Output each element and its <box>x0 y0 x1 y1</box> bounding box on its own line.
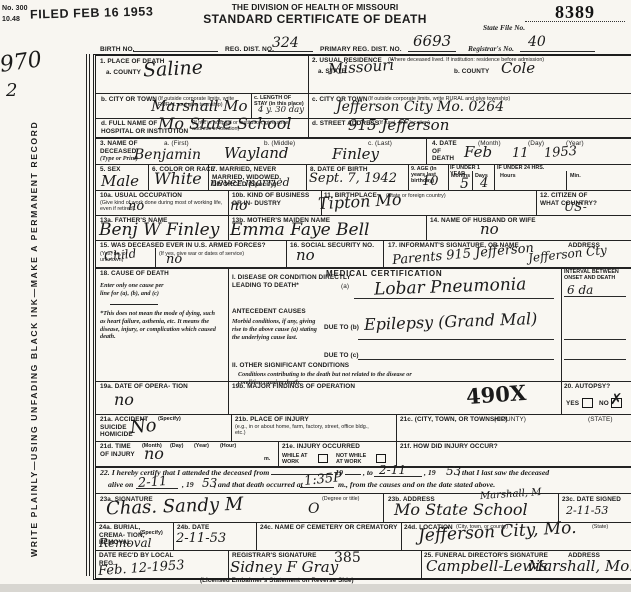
field-interval-label: INTERVAL BETWEEN ONSET AND DEATH <box>564 269 626 281</box>
race-value: White <box>154 171 202 187</box>
autopsy-yes-label: YES <box>566 400 579 408</box>
divider-line <box>383 240 384 267</box>
field-injury-time-label: 21d. TIME OF INJURY <box>100 443 136 458</box>
certificate-form: 1. PLACE OF DEATH a. COUNTY Saline b. CI… <box>93 54 631 580</box>
divider-line <box>494 164 495 190</box>
field-autopsy-label: 20. AUTOPSY? <box>564 383 610 391</box>
field-cause-label: 18. CAUSE OF DEATH <box>100 270 169 278</box>
cert-text-9: m., from the causes and on the date stat… <box>338 480 495 489</box>
operation-date-value: no <box>114 392 134 408</box>
margin-handwritten-number-2: 2 <box>6 82 17 100</box>
divider-line <box>231 414 232 441</box>
registrar-no-line <box>520 51 595 52</box>
field-dod-label: 4. DATE OF DEATH <box>432 140 464 163</box>
divider-line <box>96 93 631 94</box>
state-value: Missouri <box>328 58 395 78</box>
cause-b-line <box>358 339 554 340</box>
divider-line <box>228 215 229 240</box>
state-file-label: State File No. <box>483 23 525 32</box>
birth-no-label: BIRTH NO. <box>100 46 135 54</box>
cert-to-line <box>374 476 422 477</box>
field-time-year: (Year) <box>194 443 209 449</box>
divider-line <box>396 414 397 466</box>
primary-reg-label: PRIMARY REG. DIST. NO. <box>320 46 402 54</box>
cert-to-value: 2-11 <box>379 464 406 476</box>
divider-line <box>566 171 567 190</box>
cert-text-8: , and that death occurred at <box>214 480 303 489</box>
divider-line <box>96 215 631 216</box>
field-accident-specify: (Specify) <box>158 416 181 422</box>
field-injury-state-label: (STATE) <box>588 416 613 424</box>
divider-line <box>426 215 427 240</box>
county-value: Saline <box>143 58 204 80</box>
reg-dist-value: 324 <box>272 36 299 50</box>
field-location-state: (State) <box>592 524 608 530</box>
antecedent-note: Morbid conditions, if any, giving rise t… <box>232 318 320 341</box>
funeral-director-address: Marshall, Mo. <box>528 559 631 574</box>
cause-c-line <box>358 359 554 360</box>
institution-value: Mo State School <box>158 116 292 132</box>
field-min-label: Min. <box>570 173 581 179</box>
state-file-number: 8389 <box>555 2 595 23</box>
field-type-print: (Type or Print) <box>100 155 138 163</box>
burial-date-value: 2-11-53 <box>176 532 226 545</box>
field-antecedent-label: ANTECEDENT CAUSES <box>232 308 306 316</box>
spouse-value: no <box>480 222 499 237</box>
divider-line <box>96 493 631 494</box>
sig-address-value: Mo State School <box>394 502 528 518</box>
forces-value-1: Child <box>103 247 136 262</box>
burial-value: Removal <box>99 537 152 549</box>
dob-value: Sept. 7, 1942 <box>309 172 397 185</box>
dod-year-value: 1953 <box>544 145 578 160</box>
field-other-conditions-label: II. OTHER SIGNIFICANT CONDITIONS <box>232 362 349 370</box>
middle-name-value: Wayland <box>224 146 289 161</box>
certificate-title: STANDARD CERTIFICATE OF DEATH <box>160 12 470 26</box>
findings-value: 490X <box>465 382 526 407</box>
divider-line <box>228 267 229 414</box>
field-while-at-work-label: WHILE AT WORK <box>282 453 316 465</box>
injury-time-value: no <box>144 446 164 462</box>
street-value: 915 Jefferson <box>348 118 449 133</box>
first-name-value: Benjamin <box>134 148 201 162</box>
divider-line <box>96 414 631 415</box>
field-injury-place-sub: (e.g., in or about home, farm, factory, … <box>235 424 375 436</box>
field-injury-place-label: 21b. PLACE OF INJURY <box>235 416 315 424</box>
certificate-page: No. 300 10.48 970 2 WRITE PLAINLY—USING … <box>0 0 631 584</box>
divider-line <box>228 190 229 215</box>
field-a-label: (a) <box>341 283 349 291</box>
divider-line <box>148 164 149 190</box>
not-while-checkbox <box>376 454 386 463</box>
age-value: 10 <box>422 175 439 188</box>
informant-address-value: Jefferson Cty <box>528 244 608 264</box>
cause-note-1: Enter only one cause per line for (a), (… <box>100 282 172 298</box>
divider-line <box>383 493 384 522</box>
margin-vertical-instruction: WRITE PLAINLY—USING UNFADING BLACK INK—M… <box>29 37 43 557</box>
cause-note-2: *This does not mean the mode of dying, s… <box>100 310 222 341</box>
degree-value: O <box>308 502 319 516</box>
cert-time-value: 1:35P <box>303 471 342 488</box>
cert-blank-year <box>345 474 361 475</box>
divider-line <box>558 493 559 522</box>
divider-line <box>173 522 174 550</box>
accident-value: No <box>129 417 157 437</box>
divider-line <box>96 164 631 165</box>
physician-signature: Chas. Sandy M <box>106 496 244 519</box>
field-due-b-label: DUE TO (b) <box>324 324 359 332</box>
field-county-label: a. COUNTY <box>106 69 141 77</box>
cert-text-1: 22. I hereby certify that I attended the… <box>100 468 269 477</box>
primary-reg-line <box>408 51 456 52</box>
field-not-while-label: NOT WHILE AT WORK <box>336 453 374 465</box>
divider-line <box>401 522 402 550</box>
field-res-county-label: b. COUNTY <box>454 68 489 76</box>
sex-value: Male <box>101 174 139 189</box>
divider-line <box>426 137 427 164</box>
cert-time-line <box>300 487 334 488</box>
interval-a-value: 6 da <box>567 284 593 296</box>
cert-text-4: , 19 <box>424 468 436 477</box>
divider-line <box>448 164 449 190</box>
marital-value: never married <box>210 177 290 188</box>
autopsy-no-mark: ✗ <box>610 392 623 407</box>
filed-date-stamp: FILED FEB 16 1953 <box>30 4 154 21</box>
cert-text-6: alive on <box>108 480 133 489</box>
age-days-value: 4 <box>480 177 488 190</box>
occupation-value: no <box>128 200 144 213</box>
cert-text-7: , 19 <box>182 480 194 489</box>
field-occupation-sub: (Give kind of work done during most of w… <box>100 200 226 212</box>
divider-line <box>308 56 309 137</box>
registrar-signature: Sidney F Gray <box>230 560 338 575</box>
margin-rule <box>86 54 87 576</box>
birthplace-value: Tipton Mo <box>318 192 402 212</box>
divider-line <box>286 240 287 267</box>
divider-line <box>278 441 279 466</box>
registrar-no-label: Registrar's No. <box>468 44 514 53</box>
field-under-day-label: IF UNDER 24 HRS. <box>497 165 545 171</box>
interval-b-line <box>564 339 626 340</box>
divider-line <box>228 550 229 578</box>
note-separator <box>110 304 158 305</box>
field-degree-label: (Degree or title) <box>322 496 359 502</box>
scan-edge <box>0 584 631 592</box>
citizen-value: US- <box>564 201 587 213</box>
mother-value: Emma Faye Bell <box>230 222 369 239</box>
divider-line <box>256 522 257 550</box>
divider-line <box>561 267 562 414</box>
field-hours-label: Hours <box>500 173 516 179</box>
division-line: THE DIVISION OF HEALTH OF MISSOURI <box>175 2 455 12</box>
field-due-c-label: DUE TO (c) <box>324 352 359 360</box>
field-findings-label: 19b. MAJOR FINDINGS OF OPERATION <box>232 383 355 391</box>
business-value: no <box>230 199 247 213</box>
interval-c-line <box>564 359 626 360</box>
dod-day-value: 11 <box>512 147 529 160</box>
form-code: 10.48 <box>2 16 20 24</box>
divider-line <box>408 164 409 190</box>
field-occupation-label: 10a. USUAL OCCUPATION <box>100 192 226 200</box>
forces-value-2: no <box>166 253 182 266</box>
divider-line <box>306 164 307 190</box>
field-date-signed-label: 23c. DATE SIGNED <box>562 496 621 504</box>
divider-line <box>421 550 422 578</box>
res-county-value: Cole <box>501 61 535 76</box>
margin-rule-2 <box>89 54 90 576</box>
field-time-day: (Day) <box>170 443 183 449</box>
divider-line <box>96 550 631 551</box>
cause-a-value: Lobar Pneumonia <box>374 276 527 298</box>
autopsy-yes-checkbox <box>582 398 593 408</box>
cert-text-5: , that I last saw the deceased <box>458 468 549 477</box>
primary-reg-value: 6693 <box>413 34 451 49</box>
registrar-no-value: 40 <box>528 35 546 49</box>
cert-text-3: , to <box>363 468 373 477</box>
age-months-value: 5 <box>460 177 469 191</box>
while-at-work-checkbox <box>318 454 328 463</box>
reg-dist-line <box>268 51 313 52</box>
res-city-value: Jefferson City Mo. 0264 <box>336 100 504 114</box>
reg-dist-label: REG. DIST. NO. <box>225 46 274 54</box>
autopsy-no-label: NO <box>599 400 609 408</box>
dod-month-value: Feb <box>464 145 492 160</box>
divider-line <box>536 190 537 215</box>
date-signed-value: 2-11-53 <box>566 505 608 516</box>
cause-b-value: Epilepsy (Grand Mal) <box>364 311 538 333</box>
city-value: Marshall Mo <box>151 99 248 114</box>
field-dod-day-label: (Day) <box>528 140 544 148</box>
ssn-value: no <box>296 248 315 263</box>
field-m-label: m. <box>264 456 270 462</box>
field-cemetery-label: 24c. NAME OF CEMETERY OR CREMATORY <box>260 524 398 532</box>
divider-line <box>155 248 156 267</box>
form-number: No. 300 <box>2 5 28 13</box>
field-how-injury-label: 21f. HOW DID INJURY OCCUR? <box>400 443 498 451</box>
field-injury-city-label: 21c. (CITY, TOWN, OR TOWNSHIP) <box>400 416 508 424</box>
father-value: Benj W Finley <box>99 222 219 239</box>
divider-line <box>96 137 631 139</box>
birth-no-line <box>133 51 218 52</box>
cert-alive-line <box>136 488 178 489</box>
field-time-hour: (Hour) <box>220 443 236 449</box>
divider-line <box>96 441 631 442</box>
last-name-value: Finley <box>332 147 379 162</box>
field-injury-county-label: (COUNTY) <box>494 416 526 424</box>
divider-line <box>96 240 631 241</box>
registrar-code: 385 <box>334 551 361 565</box>
field-injury-occurred-label: 21e. INJURY OCCURRED <box>282 443 372 451</box>
